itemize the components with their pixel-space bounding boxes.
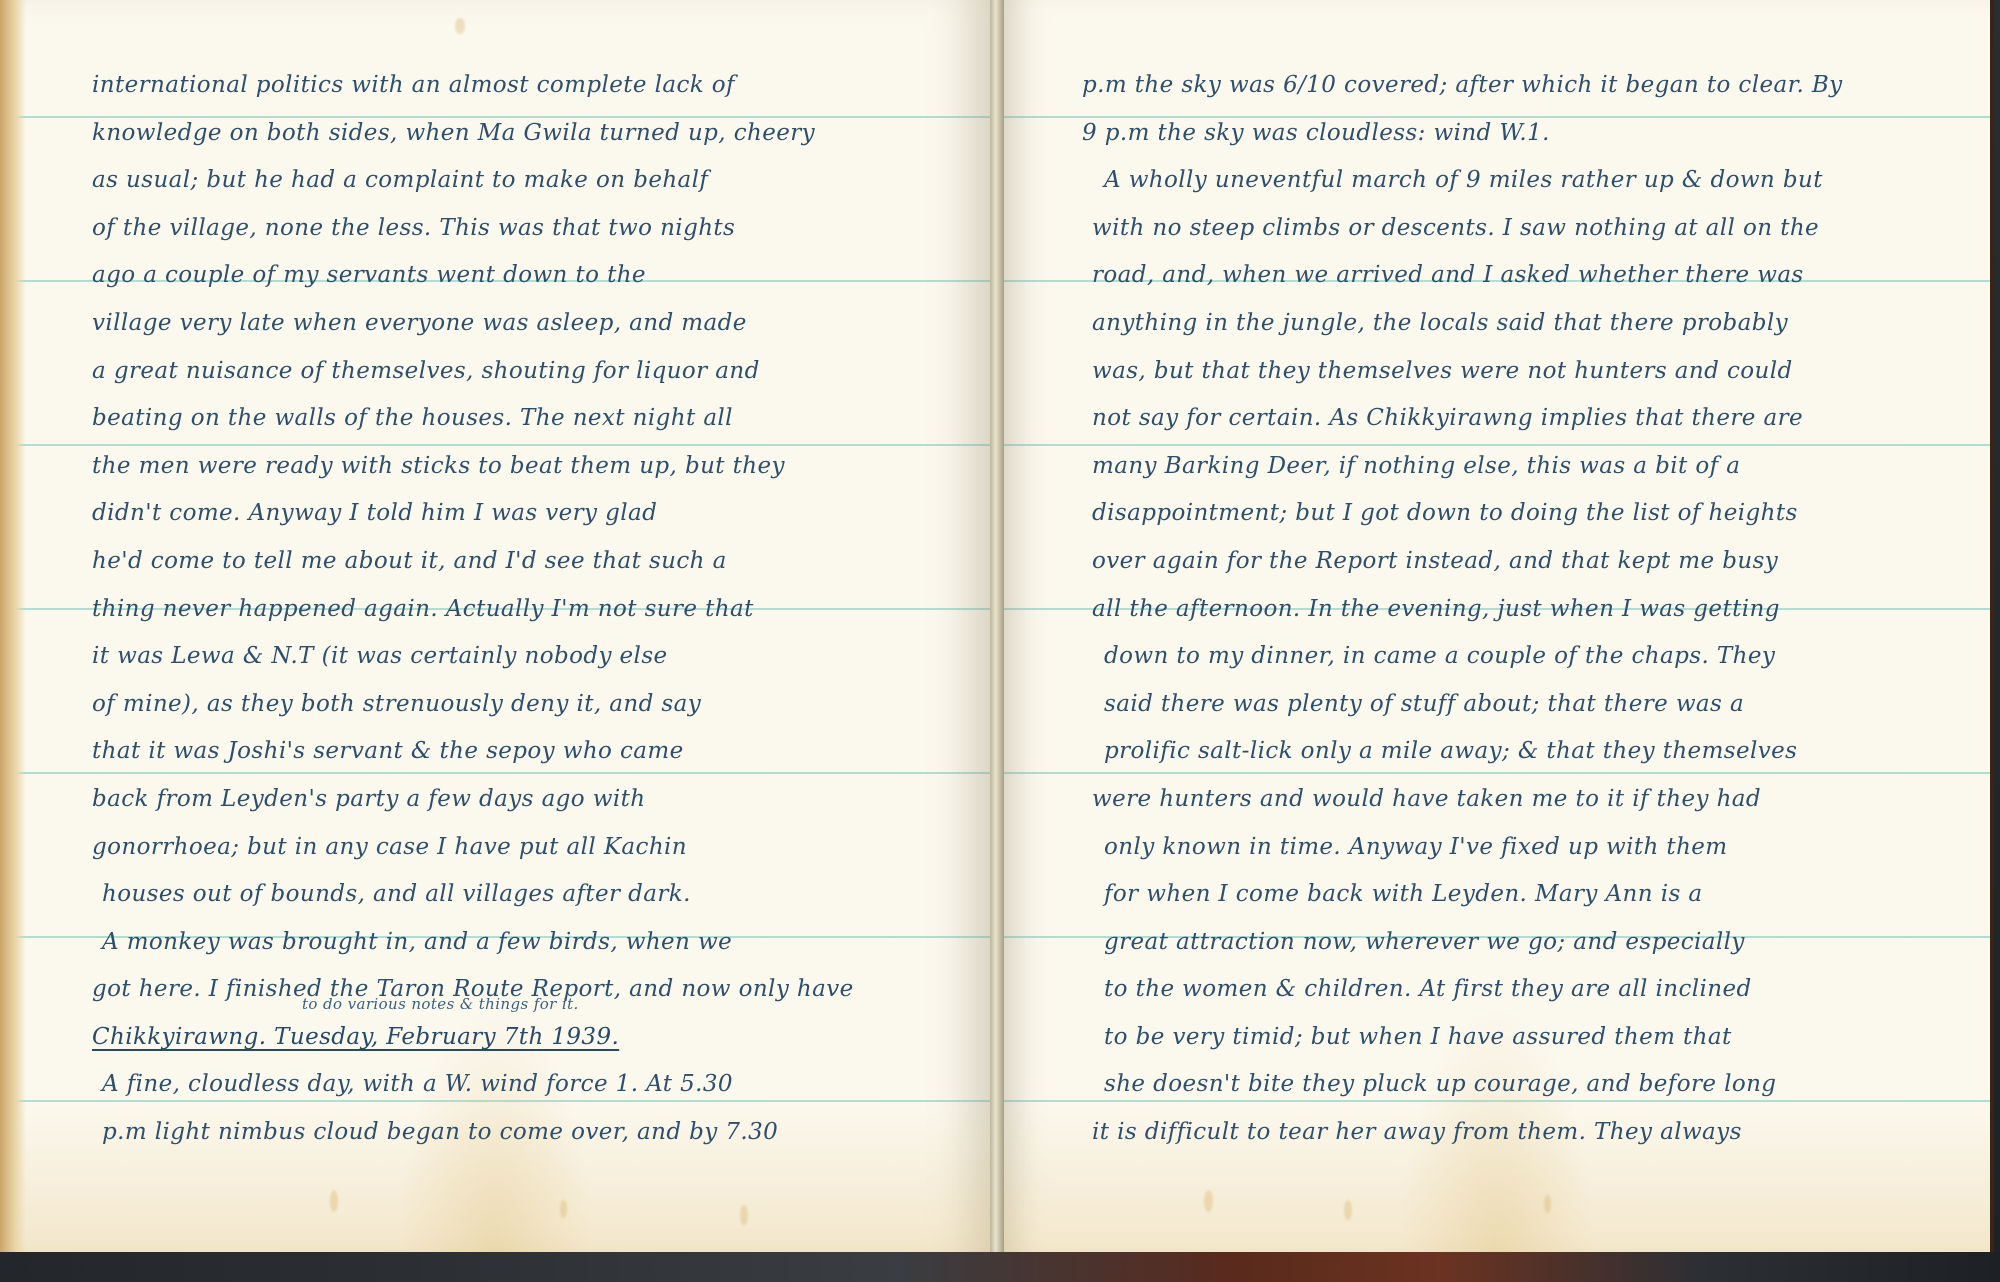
- text-line: she doesn't bite they pluck up courage, …: [1082, 1061, 1972, 1109]
- text-line-with-insert: got here. I finished the Taron Route Rep…: [92, 966, 972, 1014]
- text-line: it is difficult to tear her away from th…: [1082, 1109, 1972, 1157]
- text-line: of mine), as they both strenuously deny …: [92, 681, 972, 729]
- left-page: international politics with an almost co…: [0, 0, 992, 1252]
- right-page: p.m the sky was 6/10 covered; after whic…: [1004, 0, 1994, 1252]
- text-line: A wholly uneventful march of 9 miles rat…: [1082, 157, 1972, 205]
- text-line: road, and, when we arrived and I asked w…: [1082, 252, 1972, 300]
- text-line: didn't come. Anyway I told him I was ver…: [92, 490, 972, 538]
- text-line: said there was plenty of stuff about; th…: [1082, 681, 1972, 729]
- text-line: prolific salt-lick only a mile away; & t…: [1082, 728, 1972, 776]
- text-line: a great nuisance of themselves, shouting…: [92, 348, 972, 396]
- text-line: over again for the Report instead, and t…: [1082, 538, 1972, 586]
- text-line: international politics with an almost co…: [92, 62, 972, 110]
- text-line: to the women & children. At first they a…: [1082, 966, 1972, 1014]
- entry-heading: Chikkyirawng. Tuesday, February 7th 1939…: [92, 1024, 619, 1050]
- text-line: anything in the jungle, the locals said …: [1082, 300, 1972, 348]
- foxing-stain: [740, 1205, 748, 1225]
- text-line: 9 p.m the sky was cloudless: wind W.1.: [1082, 110, 1972, 158]
- text-line: was, but that they themselves were not h…: [1082, 348, 1972, 396]
- text-line: all the afternoon. In the evening, just …: [1082, 586, 1972, 634]
- text-line: village very late when everyone was asle…: [92, 300, 972, 348]
- foxing-stain: [455, 18, 465, 34]
- text-line: only known in time. Anyway I've fixed up…: [1082, 824, 1972, 872]
- text-line: p.m the sky was 6/10 covered; after whic…: [1082, 62, 1972, 110]
- text-line: many Barking Deer, if nothing else, this…: [1082, 443, 1972, 491]
- text-line: to be very timid; but when I have assure…: [1082, 1014, 1972, 1062]
- text-line: it was Lewa & N.T (it was certainly nobo…: [92, 633, 972, 681]
- text-line: gonorrhoea; but in any case I have put a…: [92, 824, 972, 872]
- text-line: disappointment; but I got down to doing …: [1082, 490, 1972, 538]
- text-line: down to my dinner, in came a couple of t…: [1082, 633, 1972, 681]
- foxing-stain: [330, 1190, 338, 1212]
- foxing-stain: [1544, 1195, 1551, 1213]
- text-line: that it was Joshi's servant & the sepoy …: [92, 728, 972, 776]
- text-line: with no steep climbs or descents. I saw …: [1082, 205, 1972, 253]
- foxing-stain: [1204, 1190, 1213, 1212]
- text-line: A monkey was brought in, and a few birds…: [92, 919, 972, 967]
- entry-heading-line: Chikkyirawng. Tuesday, February 7th 1939…: [92, 1014, 972, 1062]
- text-line: for when I come back with Leyden. Mary A…: [1082, 871, 1972, 919]
- text-line: as usual; but he had a complaint to make…: [92, 157, 972, 205]
- text-line: A fine, cloudless day, with a W. wind fo…: [92, 1061, 972, 1109]
- notebook-photo: international politics with an almost co…: [0, 0, 2000, 1282]
- text-line: beating on the walls of the houses. The …: [92, 395, 972, 443]
- text-line: the men were ready with sticks to beat t…: [92, 443, 972, 491]
- text-line: of the village, none the less. This was …: [92, 205, 972, 253]
- open-notebook: international politics with an almost co…: [0, 0, 2000, 1254]
- book-gutter: [990, 0, 1004, 1252]
- text-line: were hunters and would have taken me to …: [1082, 776, 1972, 824]
- right-page-text: p.m the sky was 6/10 covered; after whic…: [1082, 62, 1972, 1157]
- table-surface: [0, 1252, 2000, 1282]
- text-line: he'd come to tell me about it, and I'd s…: [92, 538, 972, 586]
- text-line: great attraction now, wherever we go; an…: [1082, 919, 1972, 967]
- foxing-stain: [560, 1200, 567, 1218]
- left-page-text: international politics with an almost co…: [92, 62, 972, 1157]
- text-line: not say for certain. As Chikkyirawng imp…: [1082, 395, 1972, 443]
- text-line: houses out of bounds, and all villages a…: [92, 871, 972, 919]
- text-line: ago a couple of my servants went down to…: [92, 252, 972, 300]
- interlinear-insert: to do various notes & things for it.: [302, 996, 579, 1012]
- foxing-stain: [1344, 1200, 1352, 1220]
- text-line: p.m light nimbus cloud began to come ove…: [92, 1109, 972, 1157]
- text-line: back from Leyden's party a few days ago …: [92, 776, 972, 824]
- text-line: thing never happened again. Actually I'm…: [92, 586, 972, 634]
- text-line: knowledge on both sides, when Ma Gwila t…: [92, 110, 972, 158]
